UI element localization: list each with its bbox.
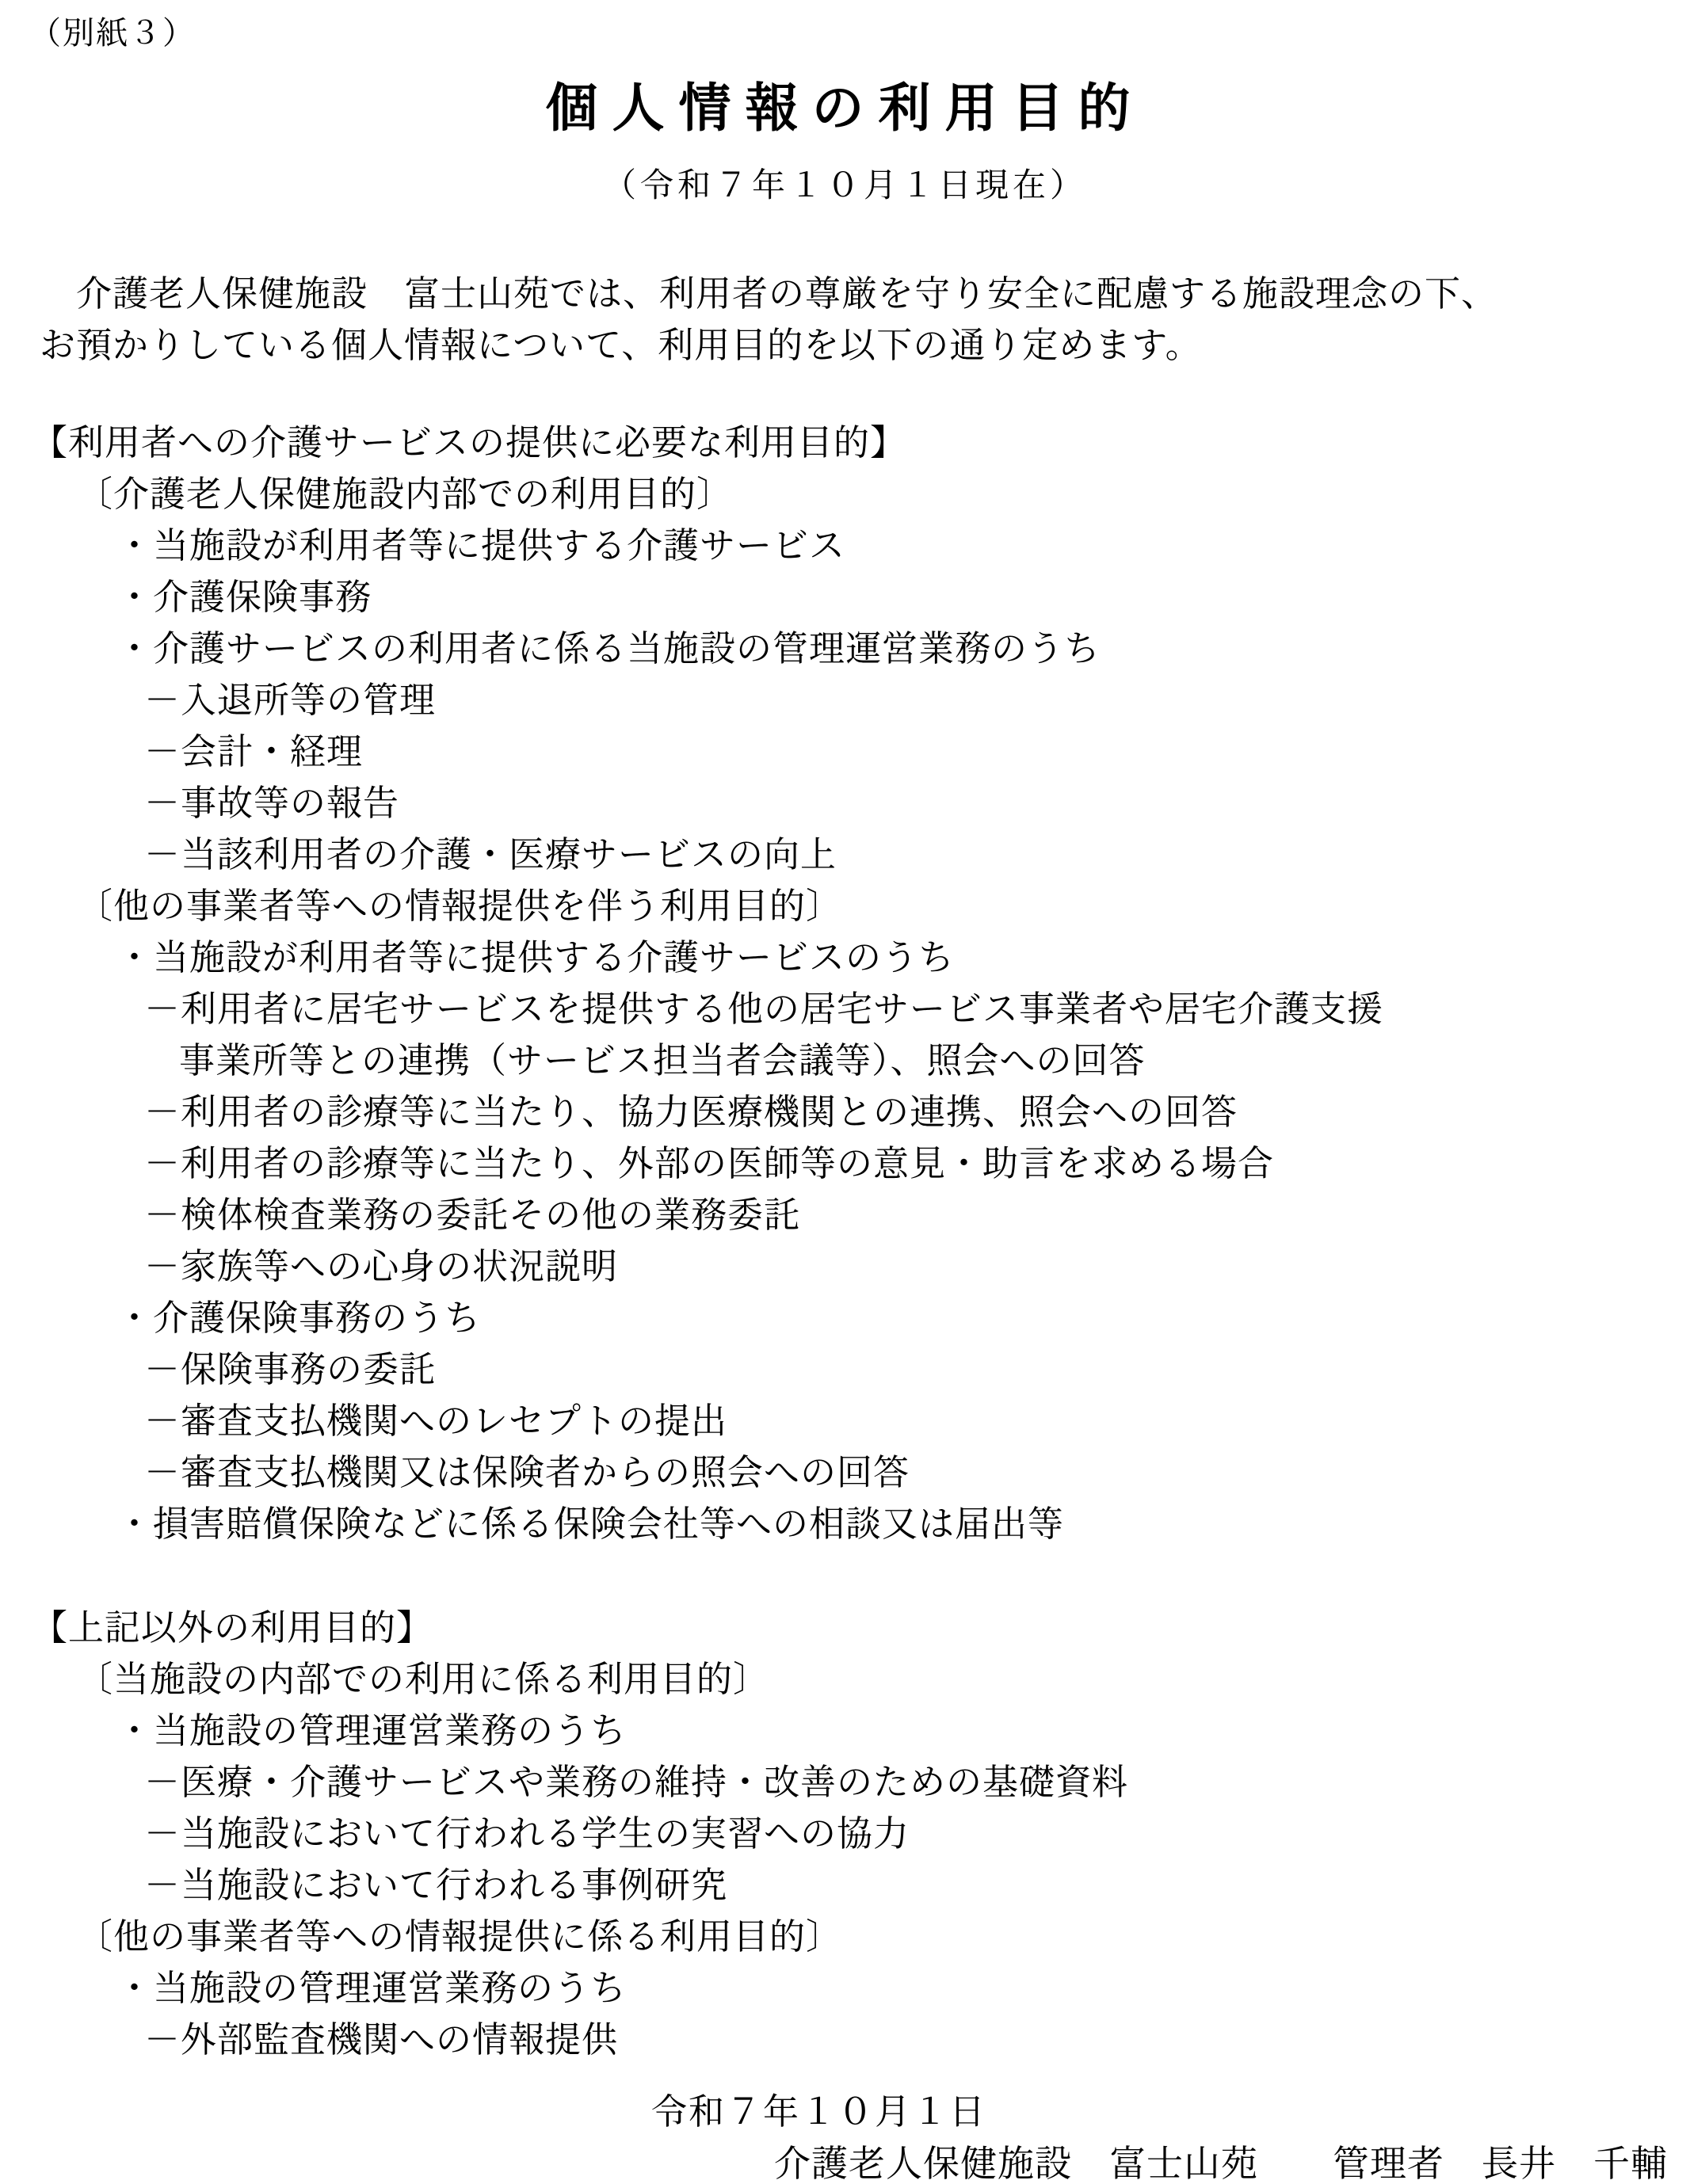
document-line: 【上記以外の利用目的】 (0, 1602, 1690, 1653)
intro-line: 介護老人保健施設 富士山苑では、利用者の尊厳を守り安全に配慮する施設理念の下、 (40, 268, 1611, 319)
date-note: （令和７年１０月１日現在） (0, 162, 1690, 209)
document-line: －当該利用者の介護・医療サービスの向上 (0, 829, 1690, 880)
document-footer: 令和７年１０月１日 介護老人保健施設 富士山苑 管理者 長井 千輔 (0, 2086, 1690, 2184)
document-line: 〔介護老人保健施設内部での利用目的〕 (0, 468, 1690, 520)
document-line: 〔他の事業者等への情報提供を伴う利用目的〕 (0, 880, 1690, 932)
intro-line: お預かりしている個人情報について、利用目的を以下の通り定めます。 (40, 319, 1611, 371)
document-page: （別紙３） 個人情報の利用目的 （令和７年１０月１日現在） 介護老人保健施設 富… (0, 0, 1690, 2184)
document-line: －事故等の報告 (0, 777, 1690, 829)
document-line: －利用者に居宅サービスを提供する他の居宅サービス事業者や居宅介護支援 (0, 983, 1690, 1035)
page-title: 個人情報の利用目的 (0, 71, 1690, 144)
document-line: ・損害賠償保険などに係る保険会社等への相談又は届出等 (0, 1498, 1690, 1549)
section-usage-purposes-other: 【上記以外の利用目的】〔当施設の内部での利用に係る利用目的〕・当施設の管理運営業… (0, 1602, 1690, 2065)
document-line: ・介護保険事務のうち (0, 1292, 1690, 1344)
footer-date: 令和７年１０月１日 (0, 2086, 1690, 2137)
document-line: ・当施設の管理運営業務のうち (0, 1962, 1690, 2014)
document-line: －利用者の診療等に当たり、外部の医師等の意見・助言を求める場合 (0, 1138, 1690, 1189)
document-line: －保険事務の委託 (0, 1344, 1690, 1395)
section-usage-purposes-care-services: 【利用者への介護サービスの提供に必要な利用目的】〔介護老人保健施設内部での利用目… (0, 417, 1690, 1549)
intro-paragraph: 介護老人保健施設 富士山苑では、利用者の尊厳を守り安全に配慮する施設理念の下、お… (0, 268, 1690, 371)
document-line: ・当施設の管理運営業務のうち (0, 1705, 1690, 1756)
document-line: －審査支払機関へのレセプトの提出 (0, 1395, 1690, 1446)
document-line: ・介護保険事務 (0, 571, 1690, 623)
document-line: －検体検査業務の委託その他の業務委託 (0, 1189, 1690, 1241)
document-line: －医療・介護サービスや業務の維持・改善のための基礎資料 (0, 1756, 1690, 1808)
document-line: 事業所等との連携（サービス担当者会議等）、照会への回答 (0, 1035, 1690, 1086)
document-line: ・介護サービスの利用者に係る当施設の管理運営業務のうち (0, 623, 1690, 674)
footer-signature: 介護老人保健施設 富士山苑 管理者 長井 千輔 (0, 2137, 1690, 2184)
document-line: －会計・経理 (0, 726, 1690, 777)
document-line: 〔当施設の内部での利用に係る利用目的〕 (0, 1653, 1690, 1705)
document-line: －当施設において行われる学生の実習への協力 (0, 1808, 1690, 1859)
document-line: －外部監査機関への情報提供 (0, 2014, 1690, 2065)
document-line: 【利用者への介護サービスの提供に必要な利用目的】 (0, 417, 1690, 468)
document-line: 〔他の事業者等への情報提供に係る利用目的〕 (0, 1911, 1690, 1962)
document-line: －利用者の診療等に当たり、協力医療機関との連携、照会への回答 (0, 1086, 1690, 1138)
document-line: －審査支払機関又は保険者からの照会への回答 (0, 1446, 1690, 1498)
document-line: ・当施設が利用者等に提供する介護サービスのうち (0, 932, 1690, 983)
document-line: －当施設において行われる事例研究 (0, 1859, 1690, 1911)
document-line: ・当施設が利用者等に提供する介護サービス (0, 520, 1690, 571)
document-line: －家族等への心身の状況説明 (0, 1241, 1690, 1292)
document-line: －入退所等の管理 (0, 674, 1690, 726)
attachment-label: （別紙３） (29, 11, 1690, 55)
